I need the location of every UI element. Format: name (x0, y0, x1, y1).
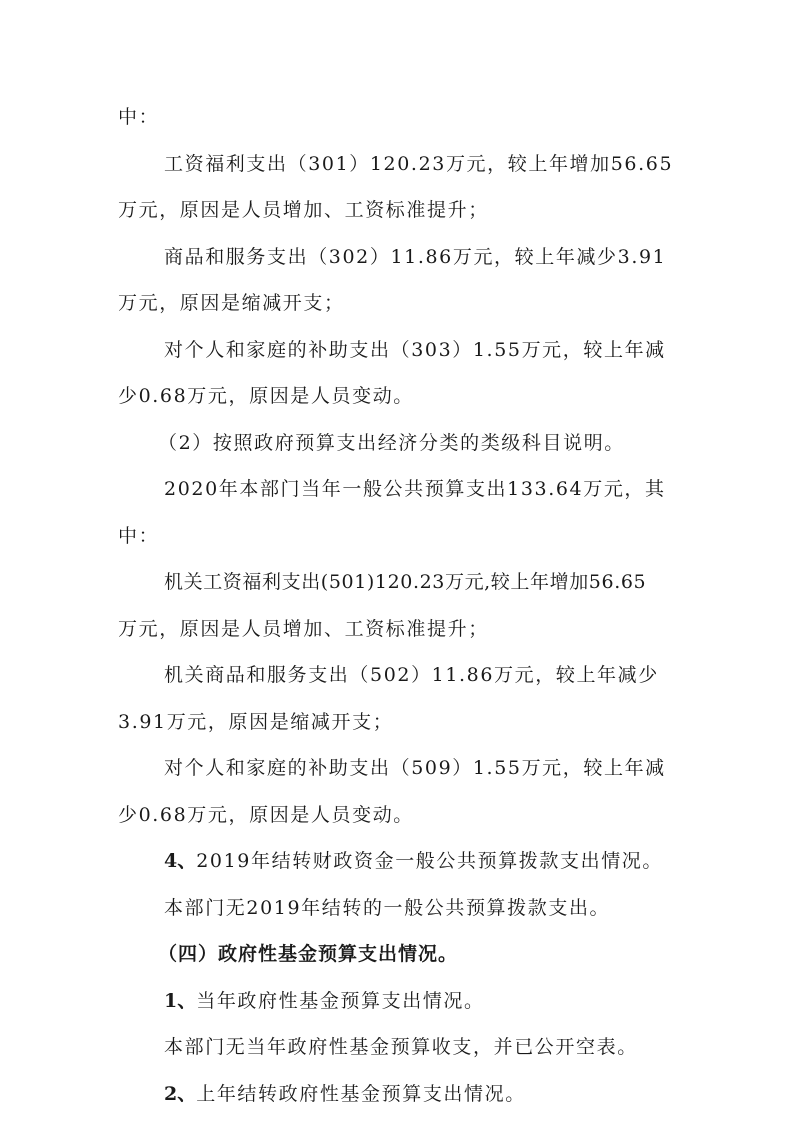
paragraph-line: 本部门无2019年结转的一般公共预算拨款支出。 (164, 896, 724, 920)
line-text: 上年结转政府性基金预算支出情况。 (196, 1083, 526, 1105)
line-text: 中： (118, 525, 159, 547)
line-text: 3.91万元，原因是缩减开支； (118, 711, 393, 733)
line-text: 中： (118, 106, 159, 128)
line-text: 机关工资福利支出(501)120.23万元,较上年增加56.65 (164, 571, 646, 593)
paragraph-line: 本部门无当年政府性基金预算收支，并已公开空表。 (164, 1035, 724, 1059)
line-text: 当年政府性基金预算支出情况。 (196, 990, 484, 1012)
paragraph-line: 少0.68万元，原因是人员变动。 (118, 803, 678, 827)
line-text: 万元，原因是人员增加、工资标准提升； (118, 618, 489, 640)
paragraph-line: 万元，原因是人员增加、工资标准提升； (118, 198, 678, 222)
paragraph-line: 商品和服务支出（302）11.86万元，较上年减少3.91 (164, 245, 724, 269)
paragraph-line: 3.91万元，原因是缩减开支； (118, 710, 678, 734)
document-page: 中： 工资福利支出（301）120.23万元，较上年增加56.65 万元，原因是… (0, 0, 793, 1122)
paragraph-line: 2020年本部门当年一般公共预算支出133.64万元，其 (164, 477, 724, 501)
heading-number: 4、 (164, 850, 196, 872)
line-text: 本部门无当年政府性基金预算收支，并已公开空表。 (164, 1036, 638, 1058)
line-text: 对个人和家庭的补助支出（509）1.55万元，较上年减 (164, 757, 666, 779)
paragraph-line: 中： (118, 524, 678, 548)
paragraph-line: 机关商品和服务支出（502）11.86万元，较上年减少 (164, 663, 724, 687)
paragraph-line: 万元，原因是人员增加、工资标准提升； (118, 617, 678, 641)
paragraph-line: 工资福利支出（301）120.23万元，较上年增加56.65 (164, 152, 724, 176)
paragraph-line: 对个人和家庭的补助支出（303）1.55万元，较上年减 (164, 338, 724, 362)
paragraph-line: 中： (118, 105, 678, 129)
subsection-heading: （2）按照政府预算支出经济分类的类级科目说明。 (158, 431, 718, 455)
line-text: 万元，原因是人员增加、工资标准提升； (118, 199, 489, 221)
line-text: 少0.68万元，原因是人员变动。 (118, 804, 414, 826)
line-text: 本部门无2019年结转的一般公共预算拨款支出。 (164, 897, 610, 919)
section-heading: （四）政府性基金预算支出情况。 (158, 942, 718, 966)
line-text: 机关商品和服务支出（502）11.86万元，较上年减少 (164, 664, 659, 686)
line-text: 2019年结转财政资金一般公共预算拨款支出情况。 (196, 850, 663, 872)
heading-number: 2、 (164, 1083, 196, 1105)
line-text: 少0.68万元，原因是人员变动。 (118, 385, 414, 407)
numbered-heading: 4、2019年结转财政资金一般公共预算拨款支出情况。 (164, 849, 724, 873)
line-text: 商品和服务支出（302）11.86万元，较上年减少3.91 (164, 246, 666, 268)
paragraph-line: 少0.68万元，原因是人员变动。 (118, 384, 678, 408)
line-text: （四）政府性基金预算支出情况。 (158, 943, 458, 965)
heading-number: 1、 (164, 990, 196, 1012)
line-text: 万元，原因是缩减开支； (118, 292, 345, 314)
paragraph-line: 机关工资福利支出(501)120.23万元,较上年增加56.65 (164, 570, 724, 594)
line-text: 2020年本部门当年一般公共预算支出133.64万元，其 (164, 478, 666, 500)
numbered-heading: 2、上年结转政府性基金预算支出情况。 (164, 1082, 724, 1106)
numbered-heading: 1、当年政府性基金预算支出情况。 (164, 989, 724, 1013)
line-text: 工资福利支出（301）120.23万元，较上年增加56.65 (164, 153, 673, 175)
line-text: 对个人和家庭的补助支出（303）1.55万元，较上年减 (164, 339, 666, 361)
paragraph-line: 对个人和家庭的补助支出（509）1.55万元，较上年减 (164, 756, 724, 780)
line-text: （2）按照政府预算支出经济分类的类级科目说明。 (158, 432, 625, 454)
paragraph-line: 万元，原因是缩减开支； (118, 291, 678, 315)
